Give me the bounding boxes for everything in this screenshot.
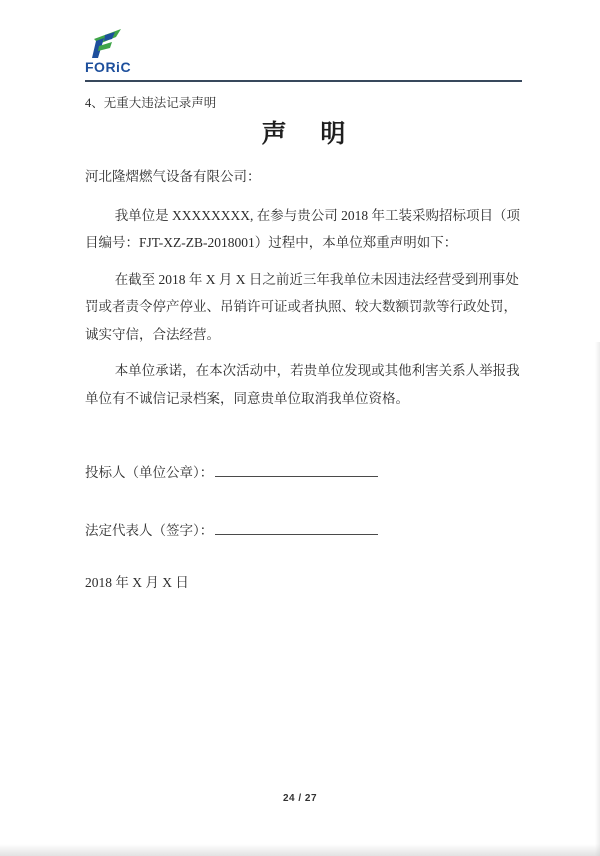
legal-rep-signature-line — [215, 521, 378, 535]
paragraph-3: 本单位承诺，在本次活动中，若贵单位发现或其他利害关系人举报我单位有不诚信记录档案… — [85, 357, 522, 412]
bidder-signature-row: 投标人（单位公章）： — [85, 461, 522, 481]
paragraph-2: 在截至 2018 年 X 月 X 日之前近三年我单位未因违法经营受到刑事处罚或者… — [85, 266, 522, 349]
foric-logo-text: FORiC — [85, 60, 131, 74]
legal-rep-signature-label: 法定代表人（签字）： — [85, 523, 213, 538]
legal-rep-signature-row: 法定代表人（签字）： — [85, 519, 522, 539]
page-header: FORiC — [85, 0, 522, 82]
foric-logo-icon — [85, 27, 131, 59]
scan-edge-shadow — [595, 342, 600, 856]
signature-block: 投标人（单位公章）： 法定代表人（签字）： — [85, 461, 522, 539]
bidder-signature-label: 投标人（单位公章）： — [85, 465, 213, 480]
paragraph-1: 我单位是 XXXXXXXX, 在参与贵公司 2018 年工装采购招标项目（项目编… — [85, 202, 522, 257]
page-number: 24 / 27 — [0, 793, 600, 804]
foric-logo: FORiC — [85, 27, 131, 74]
header-divider — [85, 80, 522, 82]
document-body: 我单位是 XXXXXXXX, 在参与贵公司 2018 年工装采购招标项目（项目编… — [85, 202, 522, 413]
document-title: 声 明 — [85, 114, 522, 150]
document-page: FORiC 4、无重大违法记录声明 声 明 河北隆熠燃气设备有限公司： 我单位是… — [0, 0, 600, 856]
salutation: 河北隆熠燃气设备有限公司： — [85, 163, 522, 191]
bidder-signature-line — [215, 463, 378, 477]
section-heading: 4、无重大违法记录声明 — [85, 93, 522, 111]
date-line: 2018 年 X 月 X 日 — [85, 571, 522, 591]
